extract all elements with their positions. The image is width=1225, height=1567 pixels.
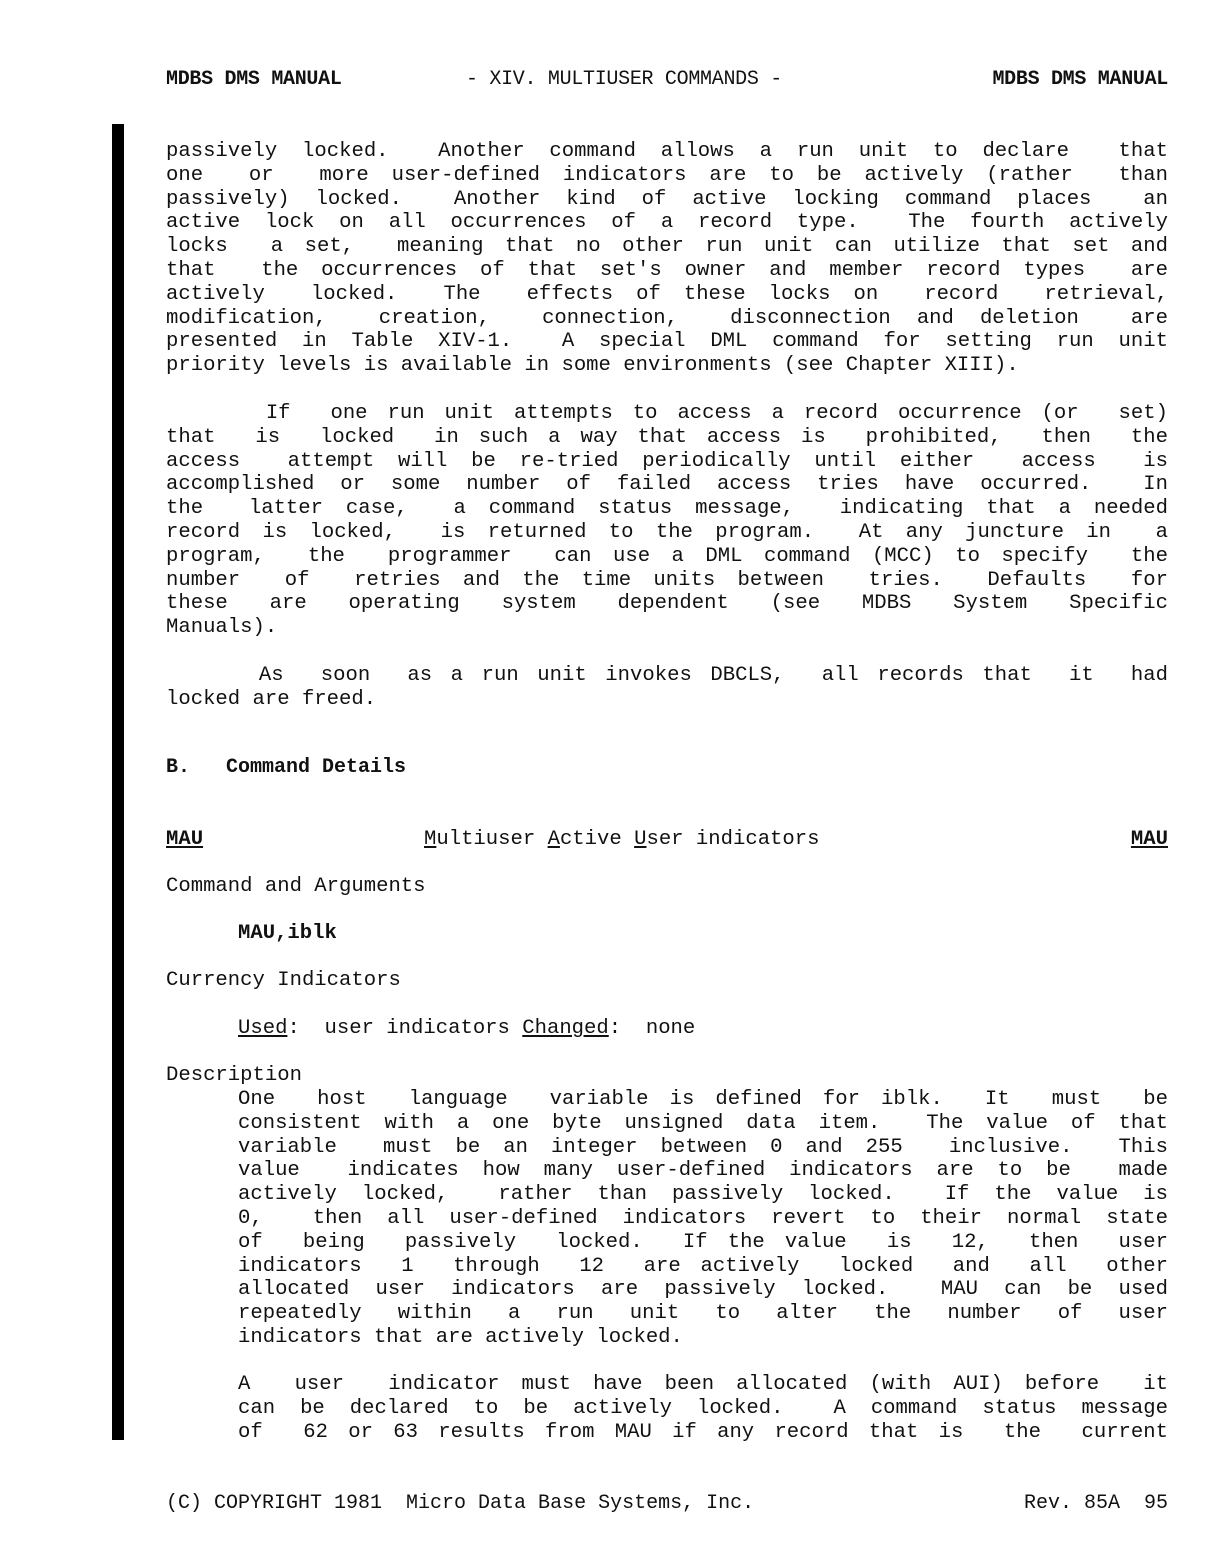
body-paragraph-2: If one run unit attempts to access a rec… [166, 402, 1168, 640]
text-line: of 62 or 63 results from MAU if any reco… [238, 1421, 1168, 1445]
text-line: allocated user indicators are passively … [238, 1278, 1168, 1302]
changed-value: none [646, 1017, 695, 1040]
text-line: locked are freed. [166, 688, 1168, 712]
text-line: that is locked in such a way that access… [166, 426, 1168, 450]
text-line: actively locked. The effects of these lo… [166, 283, 1168, 307]
text-line: indicators 1 through 12 are actively loc… [238, 1255, 1168, 1279]
body-paragraph-1: passively locked. Another command allows… [166, 140, 1168, 378]
text-line: presented in Table XIV-1. A special DML … [166, 330, 1168, 354]
title-fragment: ser indicators [646, 828, 819, 851]
description-paragraph-2: A user indicator must have been allocate… [238, 1373, 1168, 1444]
text-line: consistent with a one byte unsigned data… [238, 1112, 1168, 1136]
page-number: 95 [1144, 1492, 1168, 1515]
text-line: number of retries and the time units bet… [166, 569, 1168, 593]
manual-page: MDBS DMS MANUAL - XIV. MULTIUSER COMMAND… [0, 0, 1225, 1567]
description-paragraph-1: One host language variable is defined fo… [238, 1088, 1168, 1350]
title-fragment: ultiuser [436, 828, 547, 851]
description-label: Description [166, 1064, 302, 1087]
command-mnemonic-right: MAU [1131, 828, 1168, 851]
copyright-notice: (C) COPYRIGHT 1981 Micro Data Base Syste… [166, 1492, 754, 1515]
text-line: accomplished or some number of failed ac… [166, 473, 1168, 497]
text-line: passively locked. Another command allows… [166, 140, 1168, 164]
body-paragraph-3: As soon as a run unit invokes DBCLS, all… [166, 664, 1168, 712]
header-chapter-title: - XIV. MULTIUSER COMMANDS - [466, 68, 782, 91]
acronym-letter: A [548, 828, 560, 851]
title-fragment: ctive [560, 828, 634, 851]
text-line: repeatedly within a run unit to alter th… [238, 1302, 1168, 1326]
section-title: Command Details [226, 756, 406, 779]
text-line: the latter case, a command status messag… [166, 497, 1168, 521]
currency-indicators-label: Currency Indicators [166, 969, 401, 992]
revision-and-page: Rev. 85A 95 [1024, 1492, 1168, 1515]
text-line: indicators that are actively locked. [238, 1326, 1168, 1350]
command-mnemonic-left: MAU [166, 828, 203, 851]
text-line: passively) locked. Another kind of activ… [166, 188, 1168, 212]
header-right-title: MDBS DMS MANUAL [992, 68, 1168, 91]
revision-label: Rev. 85A [1024, 1492, 1120, 1515]
used-label: Used [238, 1017, 287, 1040]
text-line: active lock on all occurrences of a reco… [166, 211, 1168, 235]
page-footer: (C) COPYRIGHT 1981 Micro Data Base Syste… [166, 1492, 1168, 1518]
text-line: As soon as a run unit invokes DBCLS, all… [166, 664, 1168, 688]
text-line: program, the programmer can use a DML co… [166, 545, 1168, 569]
page-header: MDBS DMS MANUAL - XIV. MULTIUSER COMMAND… [166, 68, 1168, 94]
text-line: record is locked, is returned to the pro… [166, 521, 1168, 545]
used-value: user indicators [325, 1017, 510, 1040]
text-line: If one run unit attempts to access a rec… [166, 402, 1168, 426]
text-line: locks a set, meaning that no other run u… [166, 235, 1168, 259]
text-line: priority levels is available in some env… [166, 354, 1168, 378]
text-line: modification, creation, connection, disc… [166, 307, 1168, 331]
command-title-row: MAU Multiuser Active User indicators MAU [166, 828, 1168, 854]
header-left-title: MDBS DMS MANUAL [166, 68, 342, 91]
command-full-name: Multiuser Active User indicators [424, 828, 820, 851]
command-arguments-label: Command and Arguments [166, 875, 426, 898]
section-heading: B. Command Details [166, 756, 406, 779]
section-letter: B. [166, 756, 190, 779]
revision-change-bar [112, 124, 124, 1440]
text-line: that the occurrences of that set's owner… [166, 259, 1168, 283]
changed-label: Changed [522, 1017, 609, 1040]
text-line: A user indicator must have been allocate… [238, 1373, 1168, 1397]
text-line: of being passively locked. If the value … [238, 1231, 1168, 1255]
text-line: actively locked, rather than passively l… [238, 1183, 1168, 1207]
text-line: one or more user-defined indicators are … [166, 164, 1168, 188]
text-line: 0, then all user-defined indicators reve… [238, 1207, 1168, 1231]
text-line: Manuals). [166, 616, 1168, 640]
acronym-letter: M [424, 828, 436, 851]
text-line: value indicates how many user-defined in… [238, 1159, 1168, 1183]
text-line: can be declared to be actively locked. A… [238, 1397, 1168, 1421]
currency-indicators-values: Used: user indicators Changed: none [238, 1017, 695, 1040]
text-line: One host language variable is defined fo… [238, 1088, 1168, 1112]
command-syntax: MAU,iblk [238, 922, 337, 945]
text-line: access attempt will be re-tried periodic… [166, 450, 1168, 474]
text-line: these are operating system dependent (se… [166, 592, 1168, 616]
acronym-letter: U [634, 828, 646, 851]
text-line: variable must be an integer between 0 an… [238, 1136, 1168, 1160]
